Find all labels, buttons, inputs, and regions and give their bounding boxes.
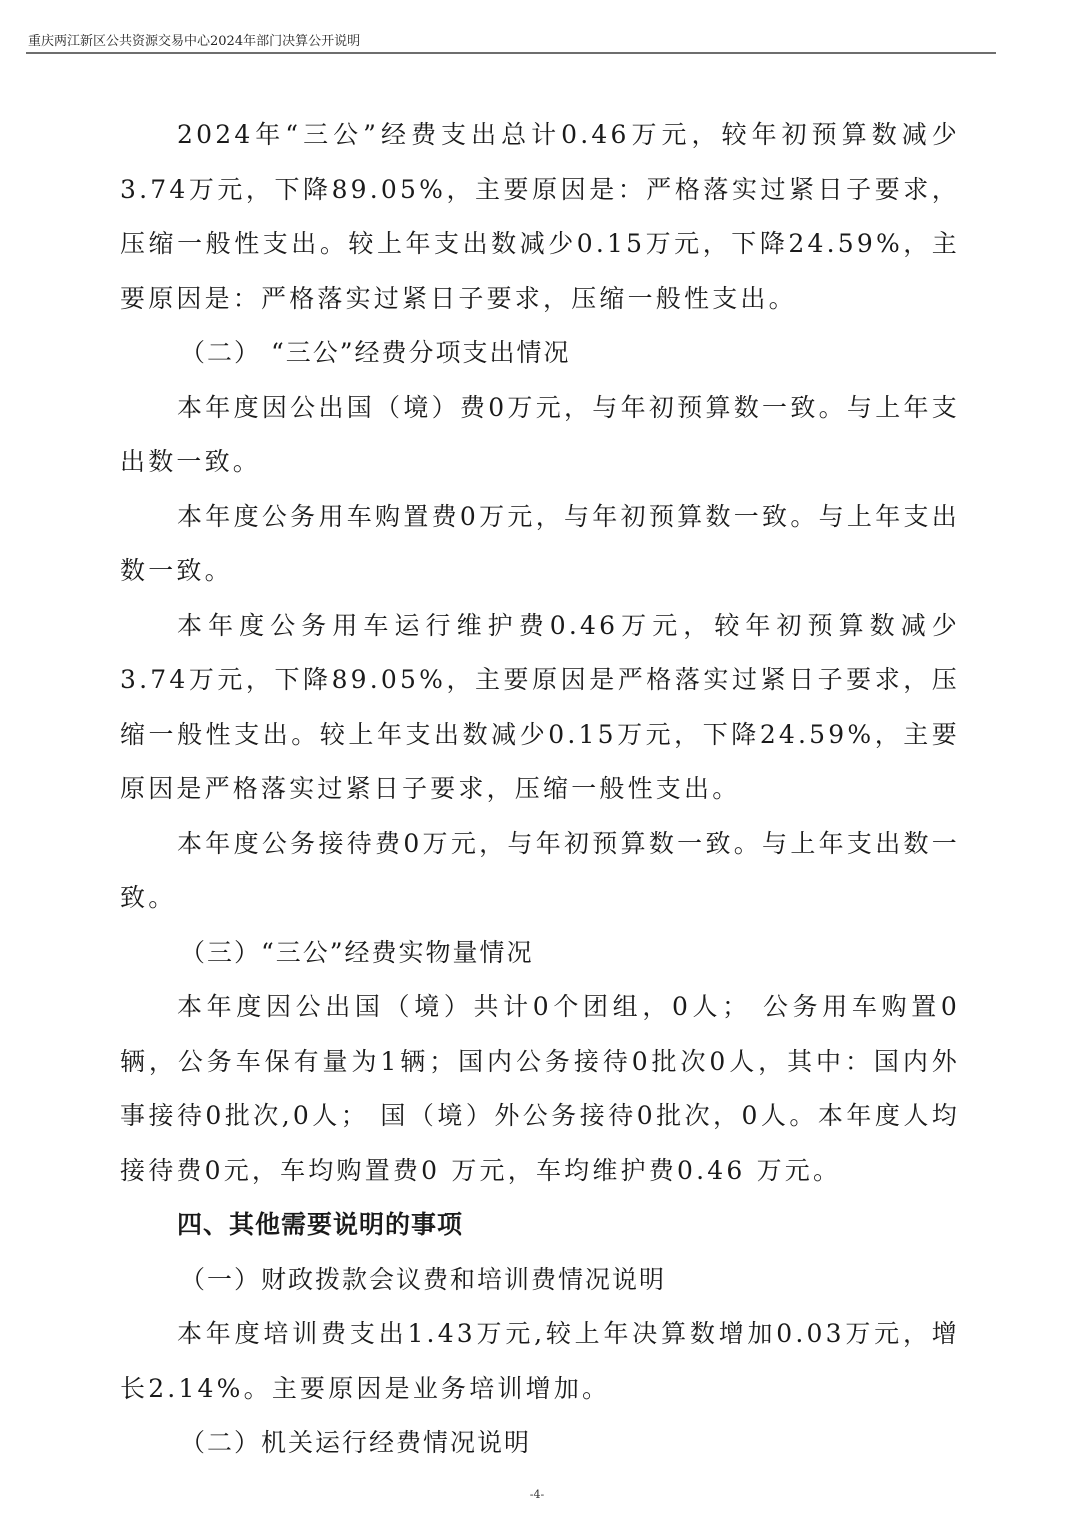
section-heading-meeting-training: （一）财政拨款会议费和培训费情况说明 [120,1253,960,1308]
paragraph-training-fee: 本年度培训费支出1.43万元,较上年决算数增加0.03万元，增长2.14%。主要… [120,1307,960,1416]
section-heading-operating-expenses: （二）机关运行经费情况说明 [120,1416,960,1471]
header-divider [26,52,996,54]
paragraph-reception: 本年度公务接待费0万元，与年初预算数一致。与上年支出数一致。 [120,817,960,926]
paragraph-vehicle-operation: 本年度公务用车运行维护费0.46万元，较年初预算数减少3.74万元，下降89.0… [120,599,960,817]
section-heading-physical-quantity: （三）“三公”经费实物量情况 [120,926,960,981]
paragraph-physical-quantity: 本年度因公出国（境）共计0个团组，0人； 公务用车购置0辆，公务车保有量为1辆；… [120,980,960,1198]
paragraph-sangong-total: 2024年“三公”经费支出总计0.46万元，较年初预算数减少3.74万元，下降8… [120,108,960,326]
paragraph-overseas-travel: 本年度因公出国（境）费0万元，与年初预算数一致。与上年支出数一致。 [120,381,960,490]
chapter-heading-other-matters: 四、其他需要说明的事项 [120,1198,960,1253]
page-number: -4- [0,1488,1074,1501]
section-heading-itemized: （二） “三公”经费分项支出情况 [120,326,960,381]
paragraph-vehicle-purchase: 本年度公务用车购置费0万元，与年初预算数一致。与上年支出数一致。 [120,490,960,599]
document-body: 2024年“三公”经费支出总计0.46万元，较年初预算数减少3.74万元，下降8… [120,108,960,1471]
document-header: 重庆两江新区公共资源交易中心2024年部门决算公开说明 [28,30,360,49]
